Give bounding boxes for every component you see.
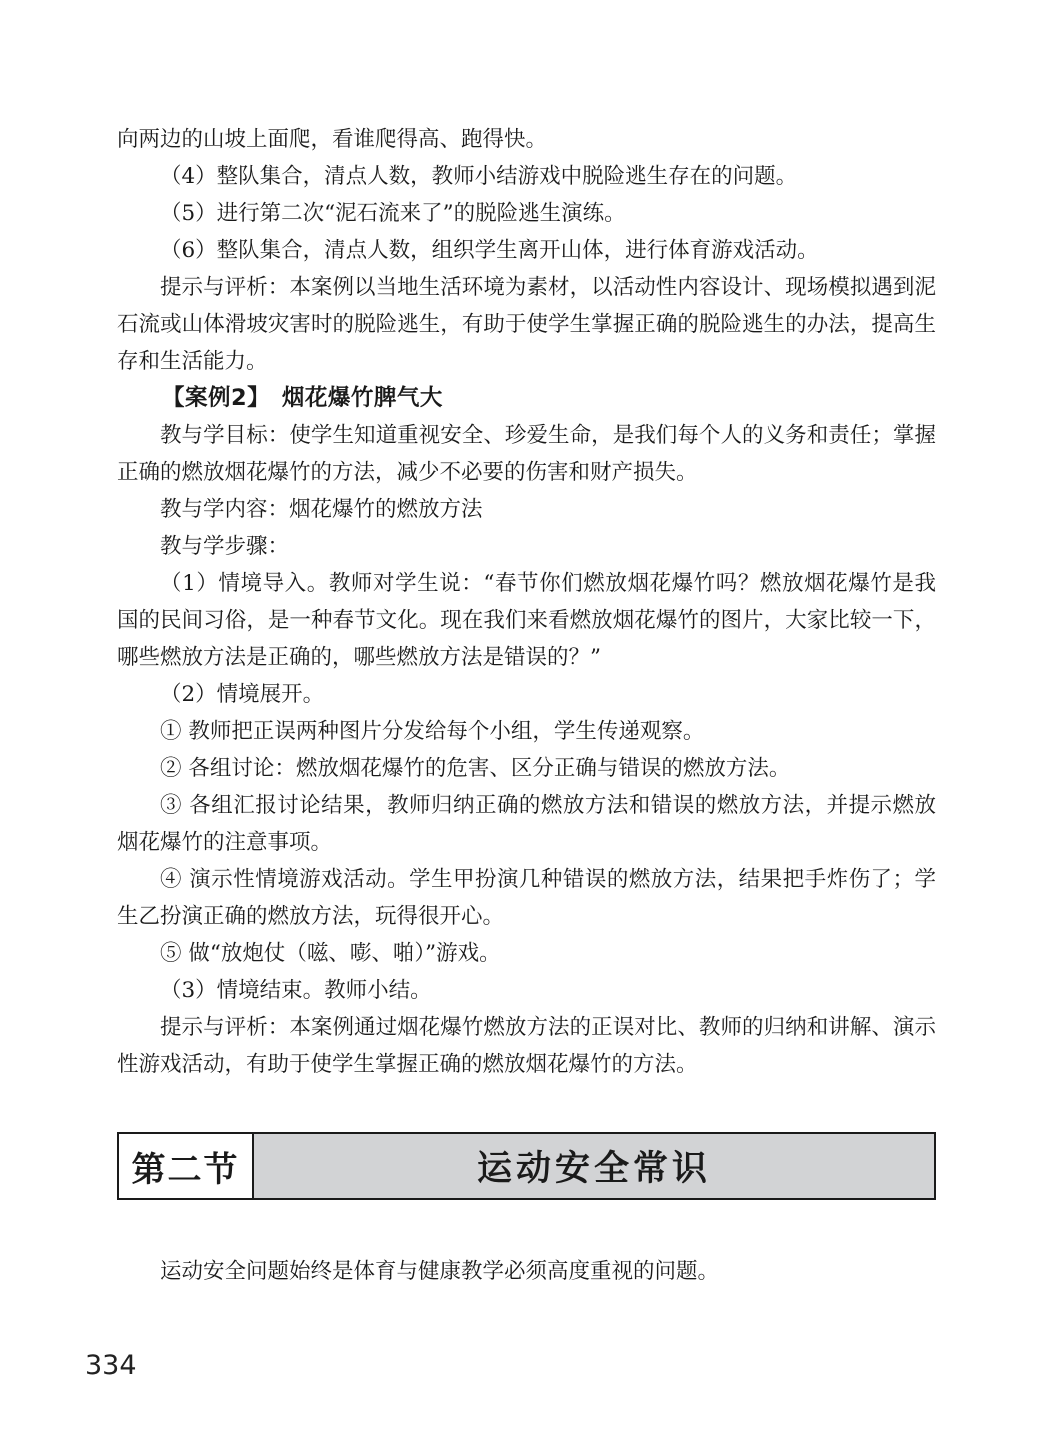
paragraph: 教与学步骤： xyxy=(117,528,936,565)
paragraph: ⑤ 做“放炮仗（嗞、嘭、啪）”游戏。 xyxy=(117,935,936,972)
paragraph: 提示与评析：本案例以当地生活环境为素材，以活动性内容设计、现场模拟遇到泥石流或山… xyxy=(117,269,936,380)
case-heading: 【案例2】 烟花爆竹脾气大 xyxy=(117,380,936,417)
paragraph: 教与学目标：使学生知道重视安全、珍爱生命，是我们每个人的义务和责任；掌握正确的燃… xyxy=(117,417,936,491)
section-band: 第二节 运动安全常识 xyxy=(117,1132,936,1200)
paragraph: （6）整队集合，清点人数，组织学生离开山体，进行体育游戏活动。 xyxy=(117,232,936,269)
paragraph: 提示与评析：本案例通过烟花爆竹燃放方法的正误对比、教师的归纳和讲解、演示性游戏活… xyxy=(117,1009,936,1083)
paragraph: 向两边的山坡上面爬，看谁爬得高、跑得快。 xyxy=(117,121,936,158)
page-number: 334 xyxy=(85,1350,137,1381)
paragraph: ③ 各组汇报讨论结果，教师归纳正确的燃放方法和错误的燃放方法，并提示燃放烟花爆竹… xyxy=(117,787,936,861)
paragraph: （2）情境展开。 xyxy=(117,676,936,713)
body-text: 向两边的山坡上面爬，看谁爬得高、跑得快。（4）整队集合，清点人数，教师小结游戏中… xyxy=(117,121,936,1083)
paragraph: ④ 演示性情境游戏活动。学生甲扮演几种错误的燃放方法，结果把手炸伤了；学生乙扮演… xyxy=(117,861,936,935)
paragraph: ① 教师把正误两种图片分发给每个小组，学生传递观察。 xyxy=(117,713,936,750)
section-title: 运动安全常识 xyxy=(254,1134,934,1198)
paragraph: ② 各组讨论：燃放烟花爆竹的危害、区分正确与错误的燃放方法。 xyxy=(117,750,936,787)
paragraph: （4）整队集合，清点人数，教师小结游戏中脱险逃生存在的问题。 xyxy=(117,158,936,195)
section-number-label: 第二节 xyxy=(119,1134,254,1198)
paragraph: 教与学内容：烟花爆竹的燃放方法 xyxy=(117,491,936,528)
paragraph: （3）情境结束。教师小结。 xyxy=(117,972,936,1009)
paragraph: （5）进行第二次“泥石流来了”的脱险逃生演练。 xyxy=(117,195,936,232)
intro-paragraph: 运动安全问题始终是体育与健康教学必须高度重视的问题。 xyxy=(117,1253,936,1290)
paragraph: （1）情境导入。教师对学生说：“春节你们燃放烟花爆竹吗？燃放烟花爆竹是我国的民间… xyxy=(117,565,936,676)
